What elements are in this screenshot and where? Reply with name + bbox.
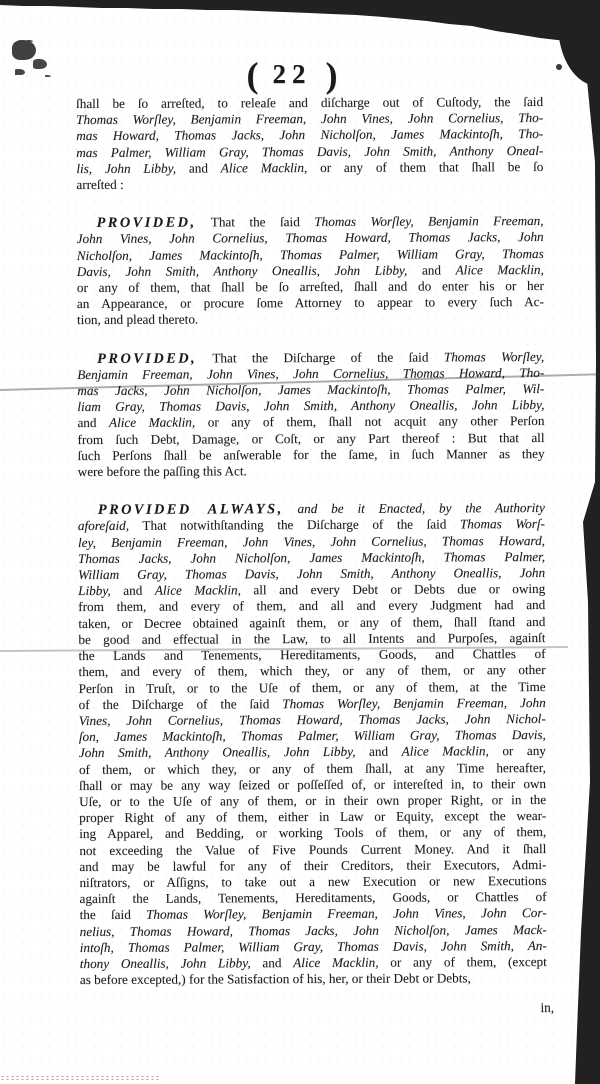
text-segment: aforeſaid, <box>78 518 129 533</box>
text-line: PROVIDED ALWAYS, and be it Enacted, by t… <box>78 500 545 518</box>
text-segment: an Appearance, or procure ſome Attorney … <box>77 294 544 311</box>
text-segment: and may be lawful for any of their Credi… <box>79 857 546 874</box>
text-segment: or any of them, (except <box>378 954 546 970</box>
text-segment: and <box>77 415 109 430</box>
text-line: Thomas Jacks, John Nicholſon, James Mack… <box>78 549 545 567</box>
text-segment: and <box>355 744 401 759</box>
text-segment: mas Palmer, William Gray, Thomas Davis, … <box>76 143 543 160</box>
text-line: Benjamin Freeman, John Vines, John Corne… <box>77 365 544 383</box>
text-line: againſt the Lands, Tenements, Hereditame… <box>79 889 546 907</box>
text-segment: arreſted : <box>76 177 123 192</box>
text-segment: ſuch Perſons ſhall be anſwerable for the… <box>78 446 545 463</box>
text-segment: from them, and every of them, and all an… <box>78 597 545 614</box>
text-segment: or any of them, ſhall not acquit any oth… <box>195 413 544 430</box>
page-number: (22) <box>180 54 404 96</box>
text-line: tion, and plead thereto. <box>77 310 544 328</box>
text-line: and Alice Macklin, or any of them, ſhall… <box>77 413 544 431</box>
text-segment: liam Gray, Thomas Davis, John Smith, Ant… <box>77 397 544 414</box>
text-line: not exceeding the Value of Five Pounds C… <box>79 841 546 859</box>
text-segment: PROVIDED ALWAYS, <box>98 501 284 518</box>
text-line: an Appearance, or procure ſome Attorney … <box>77 294 544 312</box>
text-segment: Alice Macklin, <box>221 160 308 175</box>
text-segment: lis, John Libby, <box>76 160 176 175</box>
scan-edge-right <box>570 16 600 1084</box>
text-line: ſhall or may be any way ſeized or poſſeſ… <box>79 776 546 794</box>
paragraph: PROVIDED, That the Diſcharge of the ſaid… <box>77 349 545 481</box>
text-line: mas Jacks, John Nicholſon, James Mackint… <box>77 381 544 399</box>
text-segment: be good and effectual in the Law, to all… <box>78 630 545 647</box>
text-segment: nelius, Thomas Howard, Thomas Jacks, Joh… <box>80 922 547 939</box>
text-line: William Gray, Thomas Davis, John Smith, … <box>78 565 545 583</box>
text-line: the ſaid Thomas Worſley, Benjamin Freema… <box>80 905 547 923</box>
text-segment: mas Howard, Thomas Jacks, John Nicholſon… <box>76 126 543 143</box>
text-line: Uſe, or to the Uſe of any of them, or in… <box>79 792 546 810</box>
text-segment: Alice Macklin, <box>402 744 489 759</box>
text-line: proper Right of any of them, either in L… <box>79 808 546 826</box>
text-line: niſtrators, or Aſſigns, to take out a ne… <box>79 873 546 891</box>
scanned-page: (22) ſhall be ſo arreſted, to releaſe an… <box>0 0 600 1084</box>
text-segment: or any <box>489 743 546 758</box>
text-segment: Alice Macklin, <box>155 583 241 598</box>
catchword: in, <box>540 1000 554 1016</box>
text-segment: Thomas Jacks, John Nicholſon, James Mack… <box>78 549 545 566</box>
scan-speckle <box>556 64 562 70</box>
scan-edge-top <box>0 0 600 46</box>
text-line: PROVIDED, That the ſaid Thomas Worſley, … <box>77 213 544 231</box>
text-segment: Vines, John Cornelius, Thomas Howard, Th… <box>79 711 546 728</box>
text-line: PROVIDED, That the Diſcharge of the ſaid… <box>77 349 544 367</box>
paren-open: ( <box>247 54 259 96</box>
text-line: from ſuch Debt, Damage, or Coſt, or any … <box>77 430 544 448</box>
text-line: as before excepted,) for the Satisfactio… <box>80 970 547 988</box>
text-segment: Thomas Worſley, <box>444 349 544 364</box>
text-segment: the ſaid <box>80 907 147 922</box>
text-line: Davis, John Smith, Anthony Oneallis, Joh… <box>77 262 544 280</box>
text-segment: of the Diſcharge of the ſaid <box>79 696 283 712</box>
text-segment: taken, or Decree obtained againſt them, … <box>78 614 545 631</box>
text-line: them, and every of them, which they, or … <box>78 662 545 680</box>
text-line: or any of them, that ſhall be ſo arreſte… <box>77 278 544 296</box>
text-segment: John Smith, Anthony Oneallis, John Libby… <box>79 744 356 760</box>
text-segment: the Lands and Tenements, Hereditaments, … <box>78 646 545 663</box>
text-line: aforeſaid, That notwithſtanding the Diſc… <box>78 516 545 534</box>
text-segment: Thomas Worſley, Benjamin Freeman, John V… <box>146 905 547 922</box>
text-segment: William Gray, Thomas Davis, John Smith, … <box>78 565 545 582</box>
text-segment: of them, or which they, or any of them ſ… <box>79 759 546 776</box>
text-line: lis, John Libby, and Alice Macklin, or a… <box>76 159 543 177</box>
text-line: from them, and every of them, and all an… <box>78 597 545 615</box>
text-line: the Lands and Tenements, Hereditaments, … <box>78 646 545 664</box>
text-line: Vines, John Cornelius, Thomas Howard, Th… <box>79 711 546 729</box>
text-line: thony Oneallis, John Libby, and Alice Ma… <box>80 954 547 972</box>
text-line: Libby, and Alice Macklin, all and every … <box>78 581 545 599</box>
text-segment: or any of them, that ſhall be ſo arreſte… <box>77 278 544 295</box>
text-line: intoſh, Thomas Palmer, William Gray, Tho… <box>80 938 547 956</box>
text-segment: intoſh, Thomas Palmer, William Gray, Tho… <box>80 938 547 955</box>
text-segment: ley, Benjamin Freeman, John Vines, John … <box>78 533 545 550</box>
text-segment: Alice Macklin, <box>109 415 195 430</box>
text-segment: all and every Debt or Debts due or owing <box>241 581 545 597</box>
text-segment: tion, and plead thereto. <box>77 312 198 328</box>
text-line: Thomas Worſley, Benjamin Freeman, John V… <box>76 110 543 128</box>
text-segment: Davis, John Smith, Anthony Oneallis, Joh… <box>77 262 408 278</box>
text-segment: Thomas Worſley, Benjamin Freeman, John <box>282 695 545 711</box>
text-segment: mas Jacks, John Nicholſon, James Mackint… <box>77 381 544 398</box>
text-segment: and be it Enacted, by the Authority <box>284 500 545 516</box>
paragraph: ſhall be ſo arreſted, to releaſe and diſ… <box>76 94 543 193</box>
text-segment: PROVIDED, <box>97 350 197 366</box>
paragraph: PROVIDED ALWAYS, and be it Enacted, by t… <box>78 500 547 988</box>
text-segment: Uſe, or to the Uſe of any of them, or in… <box>79 792 546 809</box>
text-segment: from ſuch Debt, Damage, or Coſt, or any … <box>77 430 544 447</box>
text-segment: ing Apparel, and Bedding, or working Too… <box>79 824 546 841</box>
text-segment: That notwithſtanding the Diſcharge of th… <box>129 517 460 533</box>
text-segment: niſtrators, or Aſſigns, to take out a ne… <box>79 873 546 890</box>
text-line: John Smith, Anthony Oneallis, John Libby… <box>79 743 546 761</box>
text-line: liam Gray, Thomas Davis, John Smith, Ant… <box>77 397 544 415</box>
body-text: ſhall be ſo arreſted, to releaſe and diſ… <box>76 94 547 1010</box>
text-line: were before the paſſing this Act. <box>78 462 545 480</box>
text-segment: That the Diſcharge of the ſaid <box>197 349 444 365</box>
text-segment: proper Right of any of them, either in L… <box>79 808 546 825</box>
text-segment: Thomas Worſley, Benjamin Freeman, John V… <box>76 110 543 127</box>
text-line: and may be lawful for any of their Credi… <box>79 857 546 875</box>
page-number-value: 22 <box>273 59 312 90</box>
text-line: mas Howard, Thomas Jacks, John Nicholſon… <box>76 126 543 144</box>
text-line: of them, or which they, or any of them ſ… <box>79 759 546 777</box>
text-segment: Alice Macklin, <box>456 262 544 277</box>
paragraph: PROVIDED, That the ſaid Thomas Worſley, … <box>77 213 544 328</box>
text-segment: or any of them that ſhall be ſo <box>307 159 543 175</box>
text-segment: Benjamin Freeman, John Vines, John Corne… <box>77 365 544 382</box>
text-segment: them, and every of them, which they, or … <box>78 662 545 679</box>
text-segment: and <box>251 955 294 970</box>
text-segment: Thomas Worſley, Benjamin Freeman, <box>314 213 543 229</box>
text-segment: as before excepted,) for the Satisfactio… <box>80 970 471 987</box>
text-line: John Vines, John Cornelius, Thomas Howar… <box>77 229 544 247</box>
text-line: nelius, Thomas Howard, Thomas Jacks, Joh… <box>80 922 547 940</box>
text-segment: ſon, James Mackintoſh, Thomas Palmer, Wi… <box>79 727 546 744</box>
text-line: Nicholſon, James Mackintoſh, Thomas Palm… <box>77 246 544 264</box>
text-line: ſuch Perſons ſhall be anſwerable for the… <box>78 446 545 464</box>
text-segment: againſt the Lands, Tenements, Hereditame… <box>79 889 546 906</box>
text-segment: thony Oneallis, John Libby, <box>80 955 251 971</box>
text-segment: Libby, <box>78 583 111 598</box>
text-segment: were before the paſſing this Act. <box>78 463 247 479</box>
text-line: ſhall be ſo arreſted, to releaſe and diſ… <box>76 94 543 112</box>
text-segment: and <box>176 160 221 175</box>
text-segment: not exceeding the Value of Five Pounds C… <box>79 841 546 858</box>
text-segment: John Vines, John Cornelius, Thomas Howar… <box>77 229 544 246</box>
text-segment: Alice Macklin, <box>293 955 378 970</box>
text-line: ing Apparel, and Bedding, or working Too… <box>79 824 546 842</box>
text-segment: That the ſaid <box>196 214 314 230</box>
text-segment: and <box>111 583 155 598</box>
text-segment: ſhall or may be any way ſeized or poſſeſ… <box>79 776 546 793</box>
text-line: taken, or Decree obtained againſt them, … <box>78 614 545 632</box>
text-segment: and <box>407 262 455 277</box>
text-segment: Thomas Worſ- <box>460 516 545 531</box>
text-segment: ſhall be ſo arreſted, to releaſe and diſ… <box>76 94 543 111</box>
text-line: arreſted : <box>76 175 543 193</box>
text-segment: PROVIDED, <box>97 215 197 231</box>
text-line: be good and effectual in the Law, to all… <box>78 630 545 648</box>
text-line: ley, Benjamin Freeman, John Vines, John … <box>78 533 545 551</box>
text-segment: Nicholſon, James Mackintoſh, Thomas Palm… <box>77 246 544 263</box>
ink-blotch <box>12 40 36 60</box>
text-line: ſon, James Mackintoſh, Thomas Palmer, Wi… <box>79 727 546 745</box>
text-line: mas Palmer, William Gray, Thomas Davis, … <box>76 143 543 161</box>
paren-close: ) <box>326 54 338 96</box>
text-segment: Perſon in Truſt, or to the Uſe of them, … <box>79 678 546 695</box>
scan-speckle <box>0 1075 160 1081</box>
